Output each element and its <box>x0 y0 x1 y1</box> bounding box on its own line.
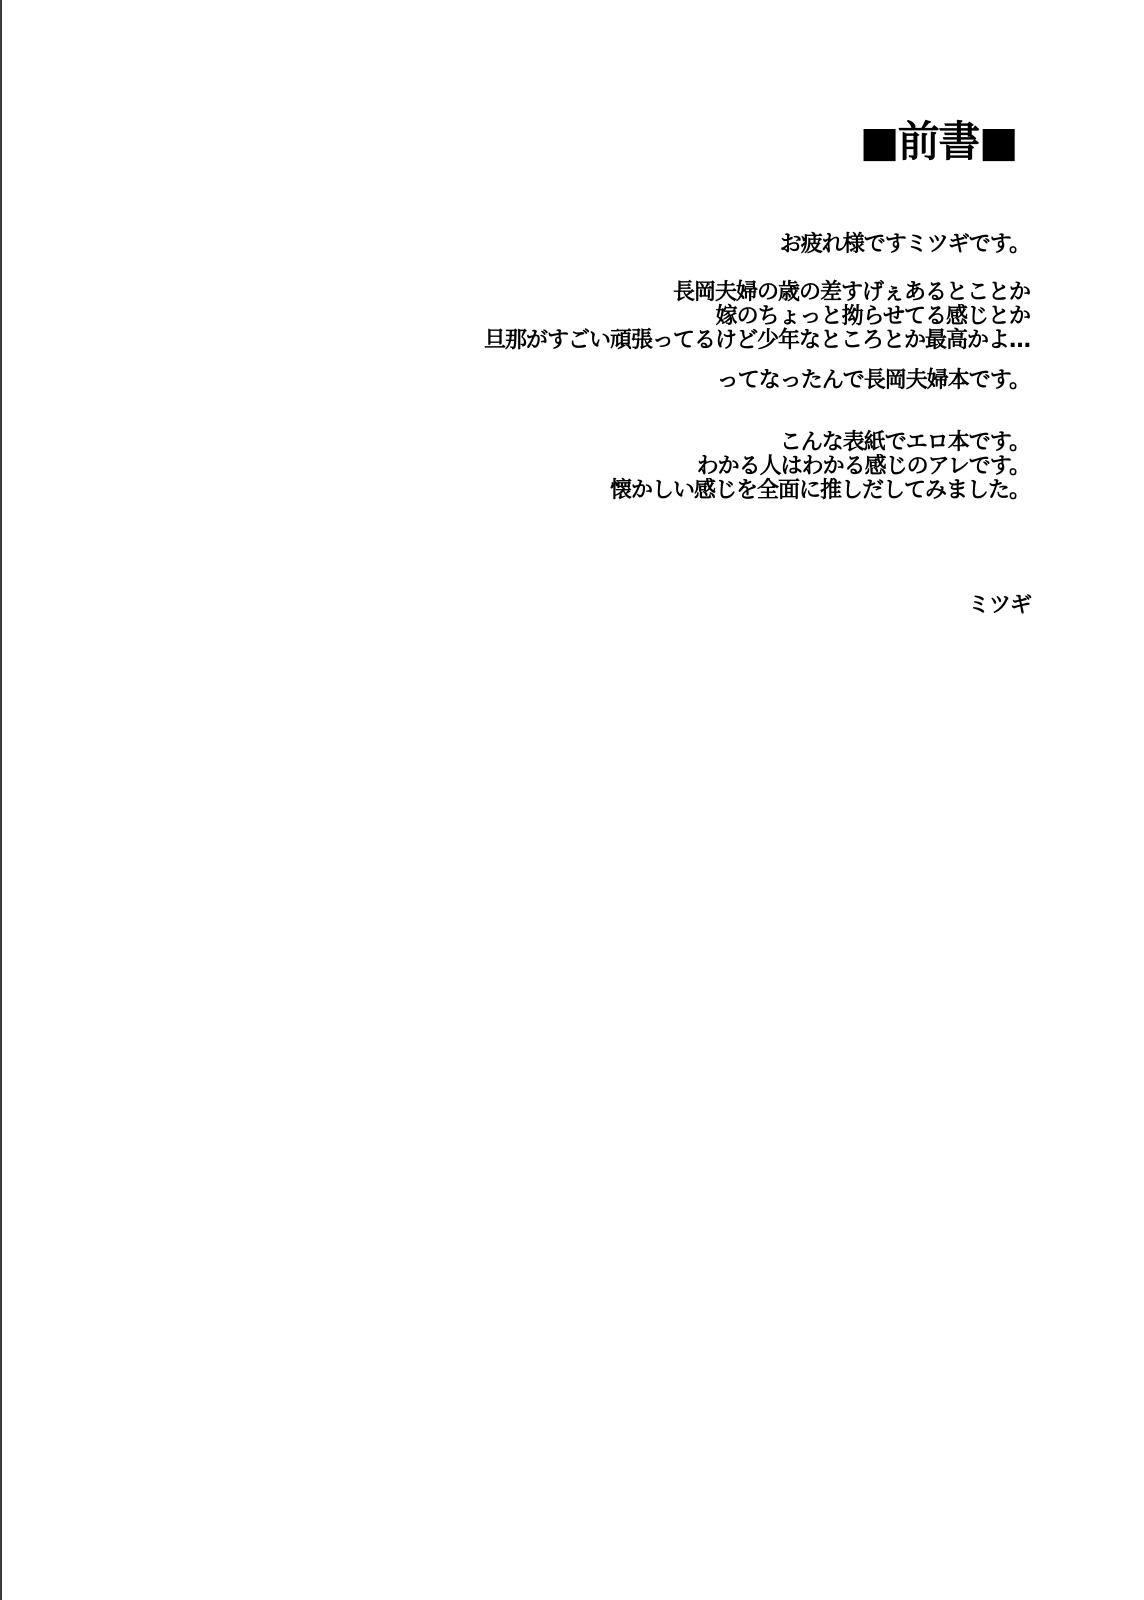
text-line: 旦那がすごい頑張ってるけど少年なところとか最高かよ… <box>484 329 1030 353</box>
cover-comment-paragraph: こんな表紙でエロ本です。 わかる人はわかる感じのアレです。 懐かしい感じを全面に… <box>610 431 1030 503</box>
preface-heading: ■前書■ <box>860 120 1017 164</box>
text-line: 長岡夫婦の歳の差すげぇあるとことか <box>484 281 1030 305</box>
text-line: 嫁のちょっと拗らせてる感じとか <box>484 305 1030 329</box>
reasons-paragraph: 長岡夫婦の歳の差すげぇあるとことか 嫁のちょっと拗らせてる感じとか 旦那がすごい… <box>484 281 1030 353</box>
author-signature: ミツギ <box>968 594 1031 618</box>
scan-edge-line <box>0 0 2 1600</box>
text-line: 懐かしい感じを全面に推しだしてみました。 <box>610 479 1030 503</box>
scanned-preface-page: ■前書■ お疲れ様ですミツギです。 長岡夫婦の歳の差すげぇあるとことか 嫁のちょ… <box>0 0 1144 1600</box>
text-line: わかる人はわかる感じのアレです。 <box>610 455 1030 479</box>
text-line: お疲れ様ですミツギです。 <box>780 233 1030 257</box>
text-line: ってなったんで長岡夫婦本です。 <box>717 369 1030 393</box>
text-line: こんな表紙でエロ本です。 <box>610 431 1030 455</box>
greeting-paragraph: お疲れ様ですミツギです。 <box>780 233 1030 257</box>
conclusion-paragraph: ってなったんで長岡夫婦本です。 <box>717 369 1030 393</box>
